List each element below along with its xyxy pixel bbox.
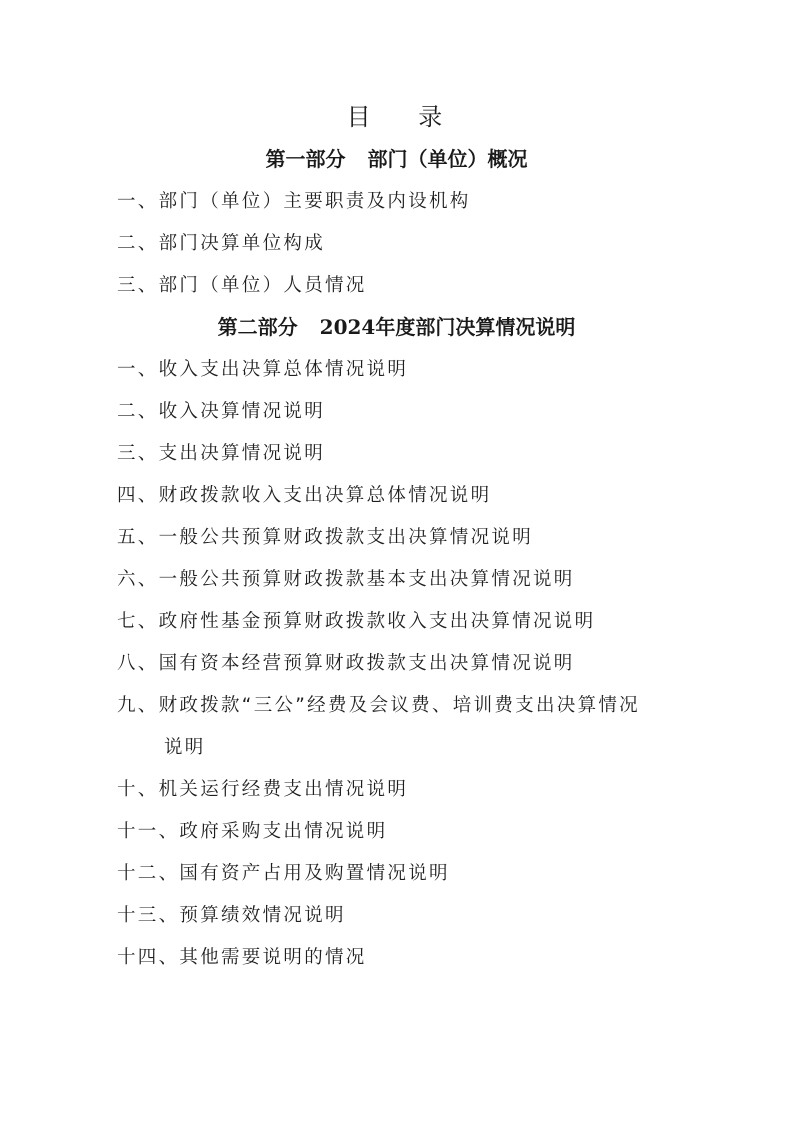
part-one-heading: 第一部分部门（单位）概况	[0, 144, 793, 174]
toc-item-label: 收入支出决算总体情况说明	[159, 359, 409, 380]
part-two-heading: 第二部分2024年度部门决算情况说明	[0, 312, 793, 342]
toc-item-number: 二、	[117, 233, 159, 254]
toc-item-number: 十、	[117, 779, 159, 800]
toc-page: 目 录 第一部分部门（单位）概况 一、部门（单位）主要职责及内设机构 二、部门决…	[0, 0, 793, 1122]
toc-item-number: 十四、	[117, 947, 179, 968]
toc-item-number: 六、	[117, 569, 159, 590]
toc-item-label: 政府采购支出情况说明	[179, 821, 387, 842]
part-two-title: 2024年度部门决算情况说明	[320, 315, 576, 339]
toc-item-part2-14[interactable]: 十四、其他需要说明的情况	[117, 943, 367, 973]
toc-item-number: 九、	[117, 695, 159, 716]
toc-item-label: 部门（单位）人员情况	[159, 275, 367, 296]
toc-item-label: 国有资本经营预算财政拨款支出决算情况说明	[159, 653, 575, 674]
toc-item-part1-1[interactable]: 一、部门（单位）主要职责及内设机构	[117, 187, 471, 217]
toc-item-number: 十三、	[117, 905, 179, 926]
toc-item-label: 财政拨款收入支出决算总体情况说明	[159, 485, 492, 506]
toc-item-part2-12[interactable]: 十二、国有资产占用及购置情况说明	[117, 859, 450, 889]
toc-item-part2-13[interactable]: 十三、预算绩效情况说明	[117, 901, 346, 931]
toc-item-label: 一般公共预算财政拨款基本支出决算情况说明	[159, 569, 575, 590]
toc-item-part2-6[interactable]: 六、一般公共预算财政拨款基本支出决算情况说明	[117, 565, 575, 595]
part-one-title: 部门（单位）概况	[368, 147, 528, 171]
toc-item-part2-2[interactable]: 二、收入决算情况说明	[117, 397, 325, 427]
toc-item-part1-3[interactable]: 三、部门（单位）人员情况	[117, 271, 367, 301]
toc-item-part2-1[interactable]: 一、收入支出决算总体情况说明	[117, 355, 408, 385]
toc-item-label: 机关运行经费支出情况说明	[159, 779, 409, 800]
toc-item-label: 国有资产占用及购置情况说明	[179, 863, 449, 884]
toc-item-number: 一、	[117, 359, 159, 380]
toc-item-number: 三、	[117, 443, 159, 464]
toc-item-number: 五、	[117, 527, 159, 548]
page-title: 目 录	[0, 100, 793, 134]
toc-item-label: 财政拨款“三公”经费及会议费、培训费支出决算情况	[159, 695, 640, 716]
toc-item-part2-8[interactable]: 八、国有资本经营预算财政拨款支出决算情况说明	[117, 649, 575, 679]
toc-item-number: 三、	[117, 275, 159, 296]
toc-item-part2-10[interactable]: 十、机关运行经费支出情况说明	[117, 775, 408, 805]
toc-item-number: 八、	[117, 653, 159, 674]
toc-item-number: 四、	[117, 485, 159, 506]
toc-item-part2-7[interactable]: 七、政府性基金预算财政拨款收入支出决算情况说明	[117, 607, 595, 637]
toc-item-label: 预算绩效情况说明	[179, 905, 345, 926]
part-one-label: 第一部分	[266, 147, 346, 171]
toc-item-number: 七、	[117, 611, 159, 632]
toc-item-part2-9[interactable]: 九、财政拨款“三公”经费及会议费、培训费支出决算情况	[117, 691, 640, 721]
toc-item-part1-2[interactable]: 二、部门决算单位构成	[117, 229, 325, 259]
toc-item-number: 十一、	[117, 821, 179, 842]
toc-item-number: 二、	[117, 401, 159, 422]
toc-item-number: 十二、	[117, 863, 179, 884]
part-two-label: 第二部分	[218, 315, 298, 339]
toc-item-label: 支出决算情况说明	[159, 443, 325, 464]
toc-item-part2-5[interactable]: 五、一般公共预算财政拨款支出决算情况说明	[117, 523, 533, 553]
toc-item-label: 收入决算情况说明	[159, 401, 325, 422]
toc-item-part2-9-continuation[interactable]: 说明	[164, 733, 206, 763]
toc-item-part2-3[interactable]: 三、支出决算情况说明	[117, 439, 325, 469]
toc-item-number: 一、	[117, 191, 159, 212]
toc-item-label: 部门（单位）主要职责及内设机构	[159, 191, 471, 212]
toc-item-label: 政府性基金预算财政拨款收入支出决算情况说明	[159, 611, 596, 632]
toc-item-part2-11[interactable]: 十一、政府采购支出情况说明	[117, 817, 387, 847]
toc-item-label: 一般公共预算财政拨款支出决算情况说明	[159, 527, 533, 548]
toc-item-label: 部门决算单位构成	[159, 233, 325, 254]
toc-item-label: 其他需要说明的情况	[179, 947, 366, 968]
toc-item-part2-4[interactable]: 四、财政拨款收入支出决算总体情况说明	[117, 481, 491, 511]
